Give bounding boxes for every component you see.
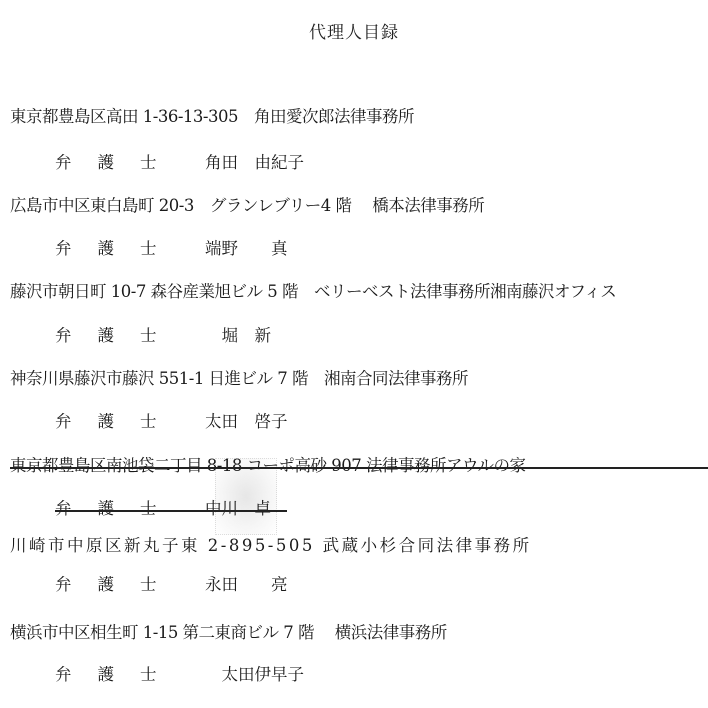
lawyer-name: 太田伊早子 bbox=[205, 664, 304, 686]
entry-6-address: 川崎市中原区新丸子東 2-895-505 武蔵小杉合同法律事務所 bbox=[10, 535, 532, 557]
entry-6-lawyer: 弁護士 永田 亮 bbox=[55, 574, 183, 596]
entry-7-address: 横浜市中区相生町 1-15 第二東商ビル 7 階 横浜法律事務所 bbox=[10, 622, 447, 644]
entry-2-address: 広島市中区東白島町 20-3 グランレブリー4 階 橋本法律事務所 bbox=[10, 195, 484, 217]
role-label: 弁護士 bbox=[55, 575, 183, 594]
role-label: 弁護士 bbox=[55, 326, 183, 345]
role-label: 弁護士 bbox=[55, 665, 183, 684]
lawyer-name: 堀 新 bbox=[205, 325, 271, 347]
role-label: 弁護士 bbox=[55, 153, 183, 172]
role-label: 弁護士 bbox=[55, 499, 183, 518]
entry-5-lawyer-struck: 弁護士 中川 卓 bbox=[55, 498, 287, 520]
entry-1-address: 東京都豊島区高田 1-36-13-305 角田愛次郎法律事務所 bbox=[10, 106, 414, 128]
entry-5-address-struck: 東京都豊島区南池袋二丁目 8-18 コーポ高砂 907 法律事務所アウルの家 bbox=[10, 455, 708, 477]
lawyer-name: 角田 由紀子 bbox=[205, 152, 304, 174]
role-label: 弁護士 bbox=[55, 239, 183, 258]
lawyer-name: 端野 真 bbox=[205, 238, 288, 260]
entry-3-lawyer: 弁護士 堀 新 bbox=[55, 325, 183, 347]
entry-1-lawyer: 弁護士 角田 由紀子 bbox=[55, 152, 183, 174]
entry-4-lawyer: 弁護士 太田 啓子 bbox=[55, 411, 183, 433]
entry-4-address: 神奈川県藤沢市藤沢 551-1 日進ビル 7 階 湘南合同法律事務所 bbox=[10, 368, 468, 390]
lawyer-name: 中川 卓 bbox=[205, 498, 271, 520]
entry-2-lawyer: 弁護士 端野 真 bbox=[55, 238, 183, 260]
document-title: 代理人目録 bbox=[0, 18, 708, 43]
entry-7-lawyer: 弁護士 太田伊早子 bbox=[55, 664, 183, 686]
lawyer-name: 太田 啓子 bbox=[205, 411, 288, 433]
lawyer-name: 永田 亮 bbox=[205, 574, 288, 596]
role-label: 弁護士 bbox=[55, 412, 183, 431]
entry-3-address: 藤沢市朝日町 10-7 森谷産業旭ビル 5 階 ベリーベスト法律事務所湘南藤沢オ… bbox=[10, 281, 616, 303]
